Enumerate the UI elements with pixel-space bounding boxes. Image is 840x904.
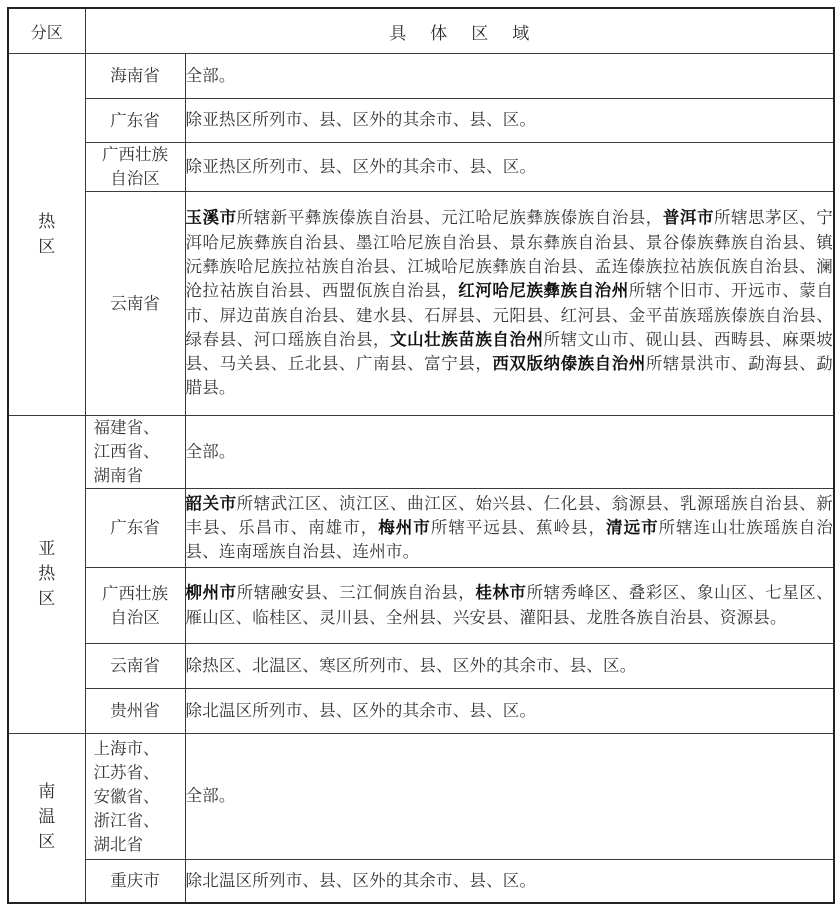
- province-line: 湖南省: [94, 464, 185, 488]
- province-cell: 广东省: [85, 489, 185, 568]
- area-cell: 柳州市所辖融安县、三江侗族自治县，桂林市所辖秀峰区、叠彩区、象山区、七星区、雁山…: [185, 568, 834, 644]
- province-cell: 广西壮族自治区: [85, 568, 185, 644]
- prefecture-name: 红河哈尼族彝族自治州: [458, 281, 628, 300]
- table-body: 热区海南省全部。广东省除亚热区所列市、县、区外的其余市、县、区。广西壮族自治区除…: [8, 54, 834, 903]
- zone-cell: 南温区: [8, 734, 85, 903]
- prefecture-name: 文山壮族苗族自治州: [390, 330, 543, 349]
- area-cell: 除北温区所列市、县、区外的其余市、县、区。: [185, 860, 834, 903]
- table-row: 南温区上海市、江苏省、安徽省、浙江省、湖北省全部。: [8, 734, 834, 860]
- area-text: 全部。: [186, 442, 236, 461]
- province-cell: 云南省: [85, 644, 185, 689]
- province-line: 江西省、: [94, 440, 185, 464]
- area-cell: 全部。: [185, 54, 834, 99]
- prefecture-name: 普洱市: [663, 208, 714, 227]
- table-row: 重庆市除北温区所列市、县、区外的其余市、县、区。: [8, 860, 834, 903]
- table-row: 广西壮族自治区柳州市所辖融安县、三江侗族自治县，桂林市所辖秀峰区、叠彩区、象山区…: [8, 568, 834, 644]
- table-row: 热区海南省全部。: [8, 54, 834, 99]
- table-row: 云南省玉溪市所辖新平彝族傣族自治县、元江哈尼族彝族傣族自治县，普洱市所辖思茅区、…: [8, 192, 834, 416]
- area-text: 除热区、北温区、寒区所列市、县、区外的其余市、县、区。: [186, 656, 637, 675]
- prefecture-name: 桂林市: [475, 583, 526, 602]
- prefecture-name: 柳州市: [186, 583, 237, 602]
- area-cell: 除亚热区所列市、县、区外的其余市、县、区。: [185, 143, 834, 192]
- province-name: 广东省: [110, 518, 160, 537]
- province-cell: 海南省: [85, 54, 185, 99]
- province-line: 江苏省、: [94, 761, 185, 785]
- table-header-row: 分区 具体区域: [8, 8, 834, 54]
- zone-name: 热区: [38, 210, 56, 260]
- area-cell: 除热区、北温区、寒区所列市、县、区外的其余市、县、区。: [185, 644, 834, 689]
- province-line: 湖北省: [94, 833, 185, 857]
- province-cell: 重庆市: [85, 860, 185, 903]
- area-text: 所辖平远县、蕉岭县，: [431, 518, 606, 537]
- table-row: 广东省除亚热区所列市、县、区外的其余市、县、区。: [8, 99, 834, 143]
- province-cell: 云南省: [85, 192, 185, 416]
- province-line: 浙江省、: [94, 809, 185, 833]
- table-row: 亚热区福建省、江西省、湖南省全部。: [8, 416, 834, 489]
- climate-zone-table: 分区 具体区域 热区海南省全部。广东省除亚热区所列市、县、区外的其余市、县、区。…: [7, 7, 835, 904]
- area-text: 所辖新平彝族傣族自治县、元江哈尼族彝族傣族自治县，: [237, 208, 663, 227]
- zone-cell: 亚热区: [8, 416, 85, 734]
- area-text: 全部。: [186, 786, 236, 805]
- area-text: 除亚热区所列市、县、区外的其余市、县、区。: [186, 157, 537, 176]
- area-cell: 全部。: [185, 734, 834, 860]
- prefecture-name: 韶关市: [186, 494, 237, 513]
- prefecture-name: 梅州市: [378, 518, 431, 537]
- zone-name: 亚热区: [38, 537, 56, 612]
- province-cell: 广西壮族自治区: [85, 143, 185, 192]
- province-name: 贵州省: [110, 701, 160, 720]
- province-cell: 贵州省: [85, 689, 185, 734]
- province-name: 云南省: [110, 656, 160, 675]
- table-row: 贵州省除北温区所列市、县、区外的其余市、县、区。: [8, 689, 834, 734]
- province-line: 安徽省、: [94, 785, 185, 809]
- table-row: 广东省韶关市所辖武江区、浈江区、曲江区、始兴县、仁化县、翁源县、乳源瑶族自治县、…: [8, 489, 834, 568]
- province-line: 自治区: [86, 167, 185, 191]
- area-cell: 除北温区所列市、县、区外的其余市、县、区。: [185, 689, 834, 734]
- province-cell: 上海市、江苏省、安徽省、浙江省、湖北省: [85, 734, 185, 860]
- area-text: 除北温区所列市、县、区外的其余市、县、区。: [186, 871, 537, 890]
- zone-name: 南温区: [38, 780, 56, 855]
- area-text: 所辖融安县、三江侗族自治县，: [237, 583, 476, 602]
- prefecture-name: 玉溪市: [186, 208, 237, 227]
- province-cell: 福建省、江西省、湖南省: [85, 416, 185, 489]
- area-text: 除北温区所列市、县、区外的其余市、县、区。: [186, 701, 537, 720]
- table-row: 云南省除热区、北温区、寒区所列市、县、区外的其余市、县、区。: [8, 644, 834, 689]
- province-line: 上海市、: [94, 737, 185, 761]
- zone-cell: 热区: [8, 54, 85, 416]
- province-name: 重庆市: [110, 871, 160, 890]
- area-cell: 玉溪市所辖新平彝族傣族自治县、元江哈尼族彝族傣族自治县，普洱市所辖思茅区、宁洱哈…: [185, 192, 834, 416]
- table-row: 广西壮族自治区除亚热区所列市、县、区外的其余市、县、区。: [8, 143, 834, 192]
- province-cell: 广东省: [85, 99, 185, 143]
- area-cell: 除亚热区所列市、县、区外的其余市、县、区。: [185, 99, 834, 143]
- area-text: 除亚热区所列市、县、区外的其余市、县、区。: [186, 110, 537, 129]
- province-line: 广西壮族: [86, 143, 185, 167]
- prefecture-name: 清远市: [606, 518, 659, 537]
- area-cell: 全部。: [185, 416, 834, 489]
- header-region-label: 具体区域: [389, 24, 553, 44]
- province-name: 广东省: [110, 111, 160, 130]
- province-line: 广西壮族: [86, 582, 185, 606]
- province-name: 云南省: [110, 294, 160, 313]
- area-text: 全部。: [186, 66, 236, 85]
- header-region: 具体区域: [85, 8, 834, 54]
- province-line: 自治区: [86, 606, 185, 630]
- province-name: 海南省: [110, 66, 160, 85]
- prefecture-name: 西双版纳傣族自治州: [492, 354, 645, 373]
- province-line: 福建省、: [94, 416, 185, 440]
- header-zone: 分区: [8, 8, 85, 54]
- area-cell: 韶关市所辖武江区、浈江区、曲江区、始兴县、仁化县、翁源县、乳源瑶族自治县、新丰县…: [185, 489, 834, 568]
